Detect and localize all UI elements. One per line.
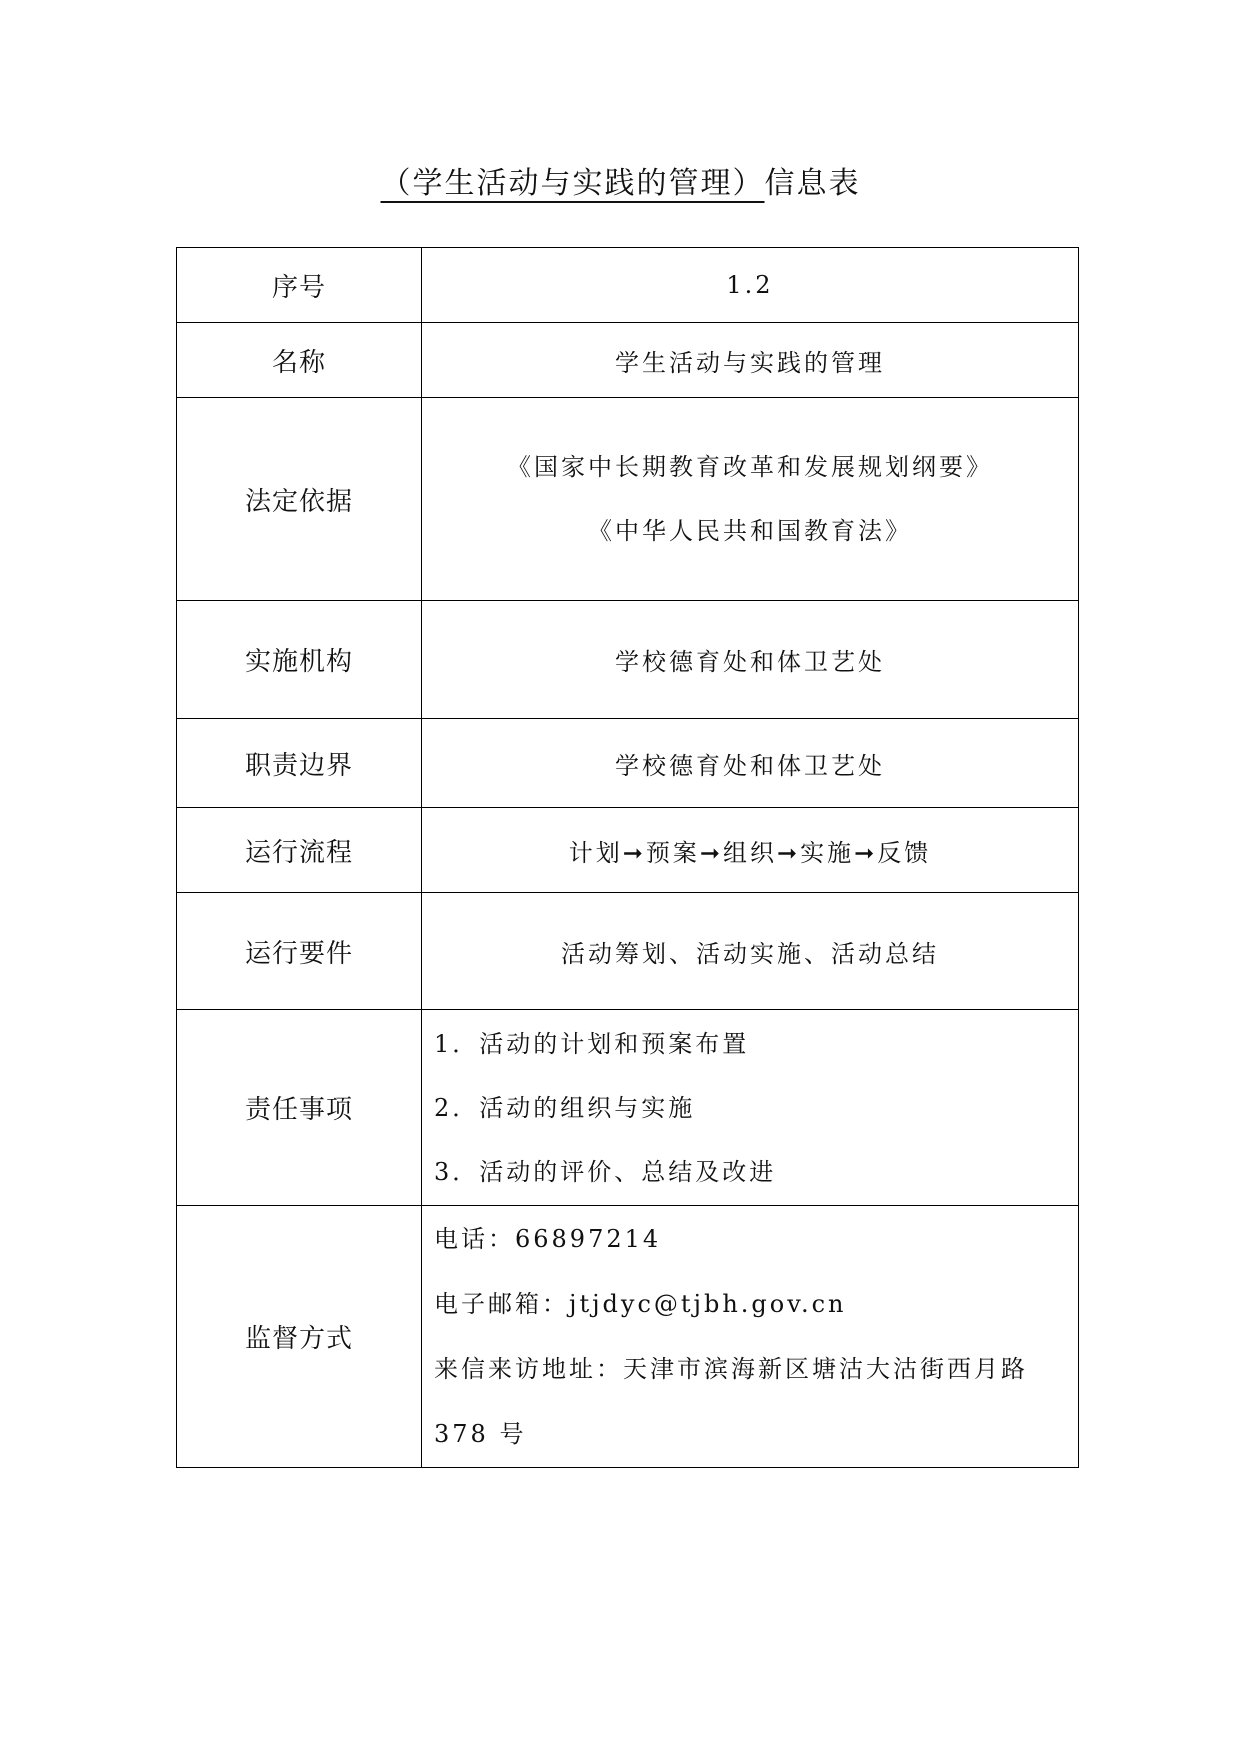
- title-suffix: 信息表: [765, 166, 861, 201]
- supervision-address: 来信来访地址：天津市滨海新区塘沽大沽街西月路: [434, 1337, 1078, 1402]
- table-row-responsibility-boundary: 职责边界 学校德育处和体卫艺处: [177, 719, 1079, 808]
- value-requirements: 活动筹划、活动实施、活动总结: [422, 893, 1079, 1010]
- label-supervision: 监督方式: [177, 1206, 422, 1468]
- document-title: （学生活动与实践的管理）信息表: [0, 158, 1241, 202]
- info-table: 序号 1.2 名称 学生活动与实践的管理 法定依据 《国家中长期教育改革和发展规…: [176, 247, 1079, 1468]
- table-row-implementing-agency: 实施机构 学校德育处和体卫艺处: [177, 601, 1079, 719]
- label-implementing-agency: 实施机构: [177, 601, 422, 719]
- value-legal-basis: 《国家中长期教育改革和发展规划纲要》 《中华人民共和国教育法》: [422, 398, 1079, 601]
- label-name: 名称: [177, 323, 422, 398]
- table-row-name: 名称 学生活动与实践的管理: [177, 323, 1079, 398]
- value-supervision: 电话：66897214 电子邮箱：jtjdyc@tjbh.gov.cn 来信来访…: [422, 1206, 1079, 1468]
- label-responsibility-boundary: 职责边界: [177, 719, 422, 808]
- table-row-requirements: 运行要件 活动筹划、活动实施、活动总结: [177, 893, 1079, 1010]
- label-responsibilities: 责任事项: [177, 1010, 422, 1206]
- responsibility-item: 1．活动的计划和预案布置: [434, 1012, 1078, 1076]
- supervision-phone: 电话：66897214: [434, 1207, 1078, 1272]
- label-serial: 序号: [177, 248, 422, 323]
- title-underlined-part: （学生活动与实践的管理）: [381, 166, 765, 201]
- table-row-process-flow: 运行流程 计划➞预案➞组织➞实施➞反馈: [177, 808, 1079, 893]
- legal-basis-item: 《国家中长期教育改革和发展规划纲要》: [422, 435, 1078, 499]
- label-legal-basis: 法定依据: [177, 398, 422, 601]
- label-process-flow: 运行流程: [177, 808, 422, 893]
- responsibility-item: 2．活动的组织与实施: [434, 1076, 1078, 1140]
- legal-basis-item: 《中华人民共和国教育法》: [422, 499, 1078, 563]
- responsibility-item: 3．活动的评价、总结及改进: [434, 1140, 1078, 1204]
- value-process-flow: 计划➞预案➞组织➞实施➞反馈: [422, 808, 1079, 893]
- value-implementing-agency: 学校德育处和体卫艺处: [422, 601, 1079, 719]
- label-requirements: 运行要件: [177, 893, 422, 1010]
- value-serial: 1.2: [422, 248, 1079, 323]
- supervision-email: 电子邮箱：jtjdyc@tjbh.gov.cn: [434, 1272, 1078, 1337]
- table-row-serial: 序号 1.2: [177, 248, 1079, 323]
- value-name: 学生活动与实践的管理: [422, 323, 1079, 398]
- table-row-supervision: 监督方式 电话：66897214 电子邮箱：jtjdyc@tjbh.gov.cn…: [177, 1206, 1079, 1468]
- value-responsibility-boundary: 学校德育处和体卫艺处: [422, 719, 1079, 808]
- value-responsibilities: 1．活动的计划和预案布置 2．活动的组织与实施 3．活动的评价、总结及改进: [422, 1010, 1079, 1206]
- supervision-address-cont: 378 号: [434, 1402, 1078, 1467]
- table-row-responsibilities: 责任事项 1．活动的计划和预案布置 2．活动的组织与实施 3．活动的评价、总结及…: [177, 1010, 1079, 1206]
- table-row-legal-basis: 法定依据 《国家中长期教育改革和发展规划纲要》 《中华人民共和国教育法》: [177, 398, 1079, 601]
